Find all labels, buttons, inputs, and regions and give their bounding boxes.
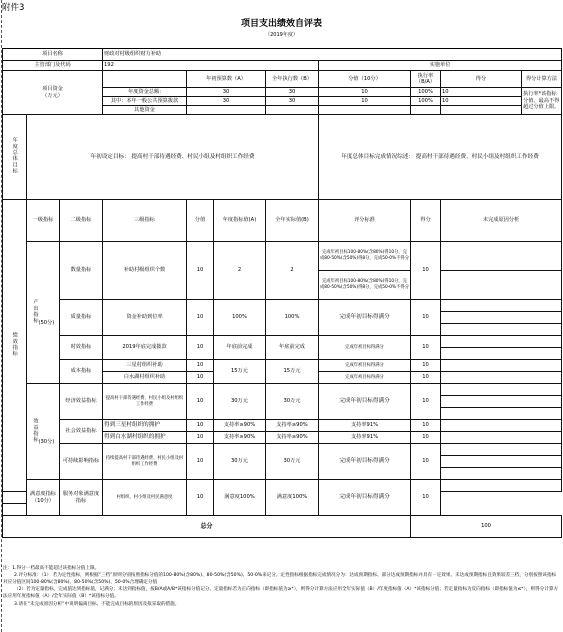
cost-score: 10 (411, 360, 441, 372)
perf-header-actual: 全年实际值(B) (266, 200, 319, 242)
social-l3: 得到白水湖村组织的拥护 (103, 432, 187, 444)
quantity-score: 10 (411, 242, 441, 300)
perf-header-l1: 一级指标 (27, 200, 60, 242)
quantity-l2: 数量指标 (60, 242, 103, 300)
sustainable-reason[interactable] (441, 468, 562, 480)
funds-header-a: 年初预算数（A） (187, 71, 266, 88)
perf-row-sustainable: 可持续影响指标 持续提高村干部待遇经费、村民小组及村组织工作经费 10 30万元… (3, 444, 562, 456)
funds-row-b (266, 106, 319, 115)
annual-goal-row: 年度总体目标 年初设定目标： 提高村干部待遇经费、村民小组及村组织工作经费 年度… (3, 115, 562, 200)
sustainable-reason[interactable] (441, 456, 562, 468)
project-name-label: 项目名称 (3, 49, 103, 61)
quality-points: 10 (187, 300, 214, 336)
satisfaction-actual: 满意度100% (266, 480, 319, 516)
quantity-actual: 2 (266, 242, 319, 300)
quantity-reason[interactable] (441, 271, 562, 300)
perf-header-target: 年度指标值(A) (214, 200, 266, 242)
quality-reason[interactable] (441, 300, 562, 312)
satisfaction-score: 10 (411, 480, 441, 516)
quantity-l3: 补助村级组织个数 (103, 242, 187, 300)
timeliness-points: 10 (187, 336, 214, 360)
sustainable-l3: 持续提高村干部待遇经费、村民小组及村组织工作经费 (103, 444, 187, 480)
economic-points: 10 (187, 384, 214, 420)
note-1: 注：1.得分一档最高不能超过该指标分值上限。 (3, 565, 560, 572)
cost-criteria: 完成年初目标得满分 (319, 360, 411, 372)
sustainable-score: 10 (411, 444, 441, 480)
dept-value: 192 (103, 61, 319, 71)
funds-row-a: 30 (187, 97, 266, 106)
attachment-label: 附件3 (2, 1, 24, 13)
quality-reason[interactable] (441, 324, 562, 336)
perf-row-social: 社会效益指标 得到三星村组织的拥护 10 支持率≥90% 支持率≥90% 支持率… (3, 420, 562, 432)
social-points: 10 (187, 432, 214, 444)
economic-l2: 经济效益指标 (60, 384, 103, 420)
satisfaction-l2: 服务对象满意度指标 (60, 480, 103, 516)
economic-criteria: 完成年初目标得满分 (319, 384, 411, 420)
perf-side-label: 绩效指标 (3, 200, 27, 492)
perf-header-points: 分值 (187, 200, 214, 242)
funds-row-label: 年度资金总额: (103, 88, 187, 97)
cost-reason[interactable] (441, 360, 562, 372)
note-2-quant: （2）若为定量指标，完成值达到指标值，记满分；未达到指标值，按B/A或A/B*该… (3, 586, 560, 600)
funds-header-method: 得分计算方法 (522, 71, 562, 88)
perf-row-cost: 成本指标 三星村组织补助 10 15万元 15万元 完成年初目标得满分 10 (3, 360, 562, 372)
project-name-value: 财政对村级组织财力补助 (103, 49, 562, 61)
output-indicator-label: 产出指标(50分) (27, 242, 60, 384)
satisfaction-reason[interactable] (3, 504, 60, 516)
quality-criteria: 完成年初目标得满分 (319, 300, 411, 336)
dept-row: 主管部门及代码 192 实施单位 (3, 61, 562, 71)
quality-reason[interactable] (441, 312, 562, 324)
timeliness-reason[interactable] (441, 348, 562, 360)
timeliness-actual: 年底前完成 (266, 336, 319, 360)
timeliness-score: 10 (411, 336, 441, 360)
funds-row-score: 10 (441, 97, 522, 106)
satisfaction-l3: 村组织、村小组及村民满意度 (103, 480, 187, 516)
economic-target: 30万元 (214, 384, 266, 420)
total-value: 100 (411, 516, 562, 538)
satisfaction-criteria: 完成年初目标得满分 (319, 480, 411, 516)
quality-target: 100% (214, 300, 266, 336)
total-label: 总分 (3, 516, 411, 538)
funds-row-a (187, 106, 266, 115)
sustainable-l2: 可持续影响指标 (60, 444, 103, 480)
funds-row-label: 其他资金 (103, 106, 187, 115)
funds-header-b: 全年执行数（B） (266, 71, 319, 88)
social-points: 10 (187, 420, 214, 432)
perf-header-reason: 未完成原因分析 (441, 200, 562, 242)
cost-l3: 三星村组织补助 (103, 360, 187, 372)
economic-actual: 30万元 (266, 384, 319, 420)
economic-score: 10 (411, 384, 441, 420)
perf-header-l2: 二级指标 (60, 200, 103, 242)
cost-l3: 白水湖村组织补助 (103, 372, 187, 384)
quantity-criteria: 完成年初目标100-80%(含80%)得10分，完成80-50%(含50%)得8… (319, 271, 411, 300)
funds-row-score: 10 (441, 88, 522, 97)
social-criteria: 支持率91% (319, 420, 411, 432)
funds-row-a: 30 (187, 88, 266, 97)
social-l2: 社会效益指标 (60, 420, 103, 444)
quantity-reason[interactable] (441, 242, 562, 271)
funds-label: 项目资金（万元） (3, 71, 103, 115)
funds-header-score: 得分 (441, 71, 522, 88)
note-2: 2.评分标准：（1） 若为定性指标，则根据“三档”原则分别按照指标分值的100-… (3, 572, 560, 586)
perf-header-row: 绩效指标 一级指标 二级指标 三级指标 分值 年度指标值(A) 全年实际值(B)… (3, 200, 562, 242)
dept-label: 主管部门及代码 (3, 61, 103, 71)
perf-header-l3: 三级指标 (103, 200, 187, 242)
perf-row-quality: 质量指标 资金补助到位率 10 100% 100% 完成年初目标得满分 10 (3, 300, 562, 312)
funds-method: 执行率*该指标分值，最高不得超过分值上限。 (522, 88, 562, 115)
funds-row-rate (411, 106, 441, 115)
funds-header-row: 项目资金（万元） 年初预算数（A） 全年执行数（B） 分值（10分） 执行率（B… (3, 71, 562, 88)
funds-row-rate: 100% (411, 97, 441, 106)
funds-blank (103, 71, 187, 88)
funds-row-points: 10 (319, 88, 411, 97)
page-subtitle: （2019年度） (0, 31, 563, 38)
social-actual: 支持率≥90% (266, 420, 319, 432)
perf-header-score: 得分 (411, 200, 441, 242)
perf-header-criteria: 评分标准 (319, 200, 411, 242)
sustainable-target: 30万元 (214, 444, 266, 480)
satisfaction-reason[interactable] (441, 480, 562, 492)
funds-row-b: 30 (266, 88, 319, 97)
annual-goal-side-label: 年度总体目标 (3, 115, 27, 200)
perf-row-economic: 效益指标(30分) 经济效益指标 提高村干部待遇经费、村民小组及村组织工作经费 … (3, 384, 562, 396)
quality-score: 10 (411, 300, 441, 336)
quality-l2: 质量指标 (60, 300, 103, 336)
cost-score: 10 (411, 372, 441, 384)
perf-row-satisfaction: 满意度指标（10分） 服务对象满意度指标 村组织、村小组及村民满意度 10 满意… (3, 480, 562, 492)
cost-actual: 15万元 (266, 360, 319, 384)
initial-goal: 年初设定目标： 提高村干部待遇经费、村民小组及村组织工作经费 (27, 115, 319, 200)
economic-l3: 提高村干部待遇经费、村民小组及村组织工作经费 (103, 384, 187, 420)
perf-row-timeliness: 时效指标 2019年底完成拨款 10 年底前完成 年底前完成 完成年初目标得满分… (3, 336, 562, 348)
sustainable-actual: 30万元 (266, 444, 319, 480)
economic-reason[interactable] (441, 384, 562, 396)
social-score: 10 (411, 432, 441, 444)
funds-row-points (319, 106, 411, 115)
sustainable-criteria: 完成年初目标得满分 (319, 444, 411, 480)
satisfaction-points: 10 (187, 480, 214, 516)
notes: 注：1.得分一档最高不能超过该指标分值上限。 2.评分标准：（1） 若为定性指标… (3, 565, 560, 608)
quantity-target: 2 (214, 242, 266, 300)
funds-row-rate: 100% (411, 88, 441, 97)
satisfaction-target: 满意度100% (214, 480, 266, 516)
cost-points: 10 (187, 372, 214, 384)
social-l3: 得到三星村组织的拥护 (103, 420, 187, 432)
perf-row-quantity: 产出指标(50分) 数量指标 补助村级组织个数 10 2 2 完成年初目标100… (3, 242, 562, 271)
funds-row-score (441, 106, 522, 115)
impl-unit-label: 实施单位 (319, 61, 562, 71)
funds-row-b: 30 (266, 97, 319, 106)
project-name-row: 项目名称 财政对村级组织财力补助 (3, 49, 562, 61)
social-reason[interactable] (441, 420, 562, 432)
economic-reason[interactable] (441, 408, 562, 420)
goal-completion: 年度总体目标完成情况综述： 提高村干部待遇经费、村民小组及村组织工作经费 (319, 115, 562, 200)
cost-criteria: 完成年初目标得满分 (319, 372, 411, 384)
quality-l3: 资金补助到位率 (103, 300, 187, 336)
page-title: 项目支出绩效自评表 (0, 16, 563, 29)
funds-header-rate: 执行率（B/A） (411, 71, 441, 88)
total-row: 总分 100 (3, 516, 562, 538)
social-criteria: 支持率91% (319, 432, 411, 444)
evaluation-table: 项目名称 财政对村级组织财力补助 主管部门及代码 192 实施单位 项目资金（万… (2, 48, 562, 538)
social-target: 支持率≥90% (214, 420, 266, 432)
economic-reason[interactable] (441, 396, 562, 408)
quantity-points: 10 (187, 242, 214, 300)
funds-row-points: 10 (319, 97, 411, 106)
timeliness-l2: 时效指标 (60, 336, 103, 360)
social-target: 支持率≥90% (214, 432, 266, 444)
funds-row-label: 其中：本年一般公共预算拨款 (103, 97, 187, 106)
timeliness-target: 年底前完成 (214, 336, 266, 360)
sustainable-reason[interactable] (441, 444, 562, 456)
timeliness-l3: 2019年底完成拨款 (103, 336, 187, 360)
funds-header-points: 分值（10分） (319, 71, 411, 88)
cost-target: 15万元 (214, 360, 266, 384)
effect-indicator-label: 效益指标(30分) (27, 384, 60, 480)
cost-reason[interactable] (441, 372, 562, 384)
note-3: 3.请在“未完成原因分析”中说明偏离目标、不能完成目标的原因及拟采取的措施。 (3, 601, 560, 608)
timeliness-reason[interactable] (441, 336, 562, 348)
sustainable-points: 10 (187, 444, 214, 480)
cost-l2: 成本指标 (60, 360, 103, 384)
quantity-criteria: 完成年初目标100-80%(含80%)得10分，完成80-50%(含50%)得8… (319, 242, 411, 271)
social-score: 10 (411, 420, 441, 432)
quality-actual: 100% (266, 300, 319, 336)
social-actual: 支持率≥90% (266, 432, 319, 444)
timeliness-criteria: 完成年初目标得满分 (319, 336, 411, 360)
cost-points: 10 (187, 360, 214, 372)
social-reason[interactable] (441, 432, 562, 444)
